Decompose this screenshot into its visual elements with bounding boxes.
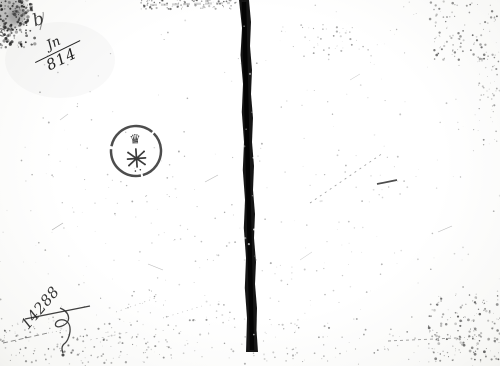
scanned-book-spread: ♛ b Jn 814 ω 14288 — [0, 0, 500, 366]
shelfmark-flourish — [0, 0, 500, 366]
